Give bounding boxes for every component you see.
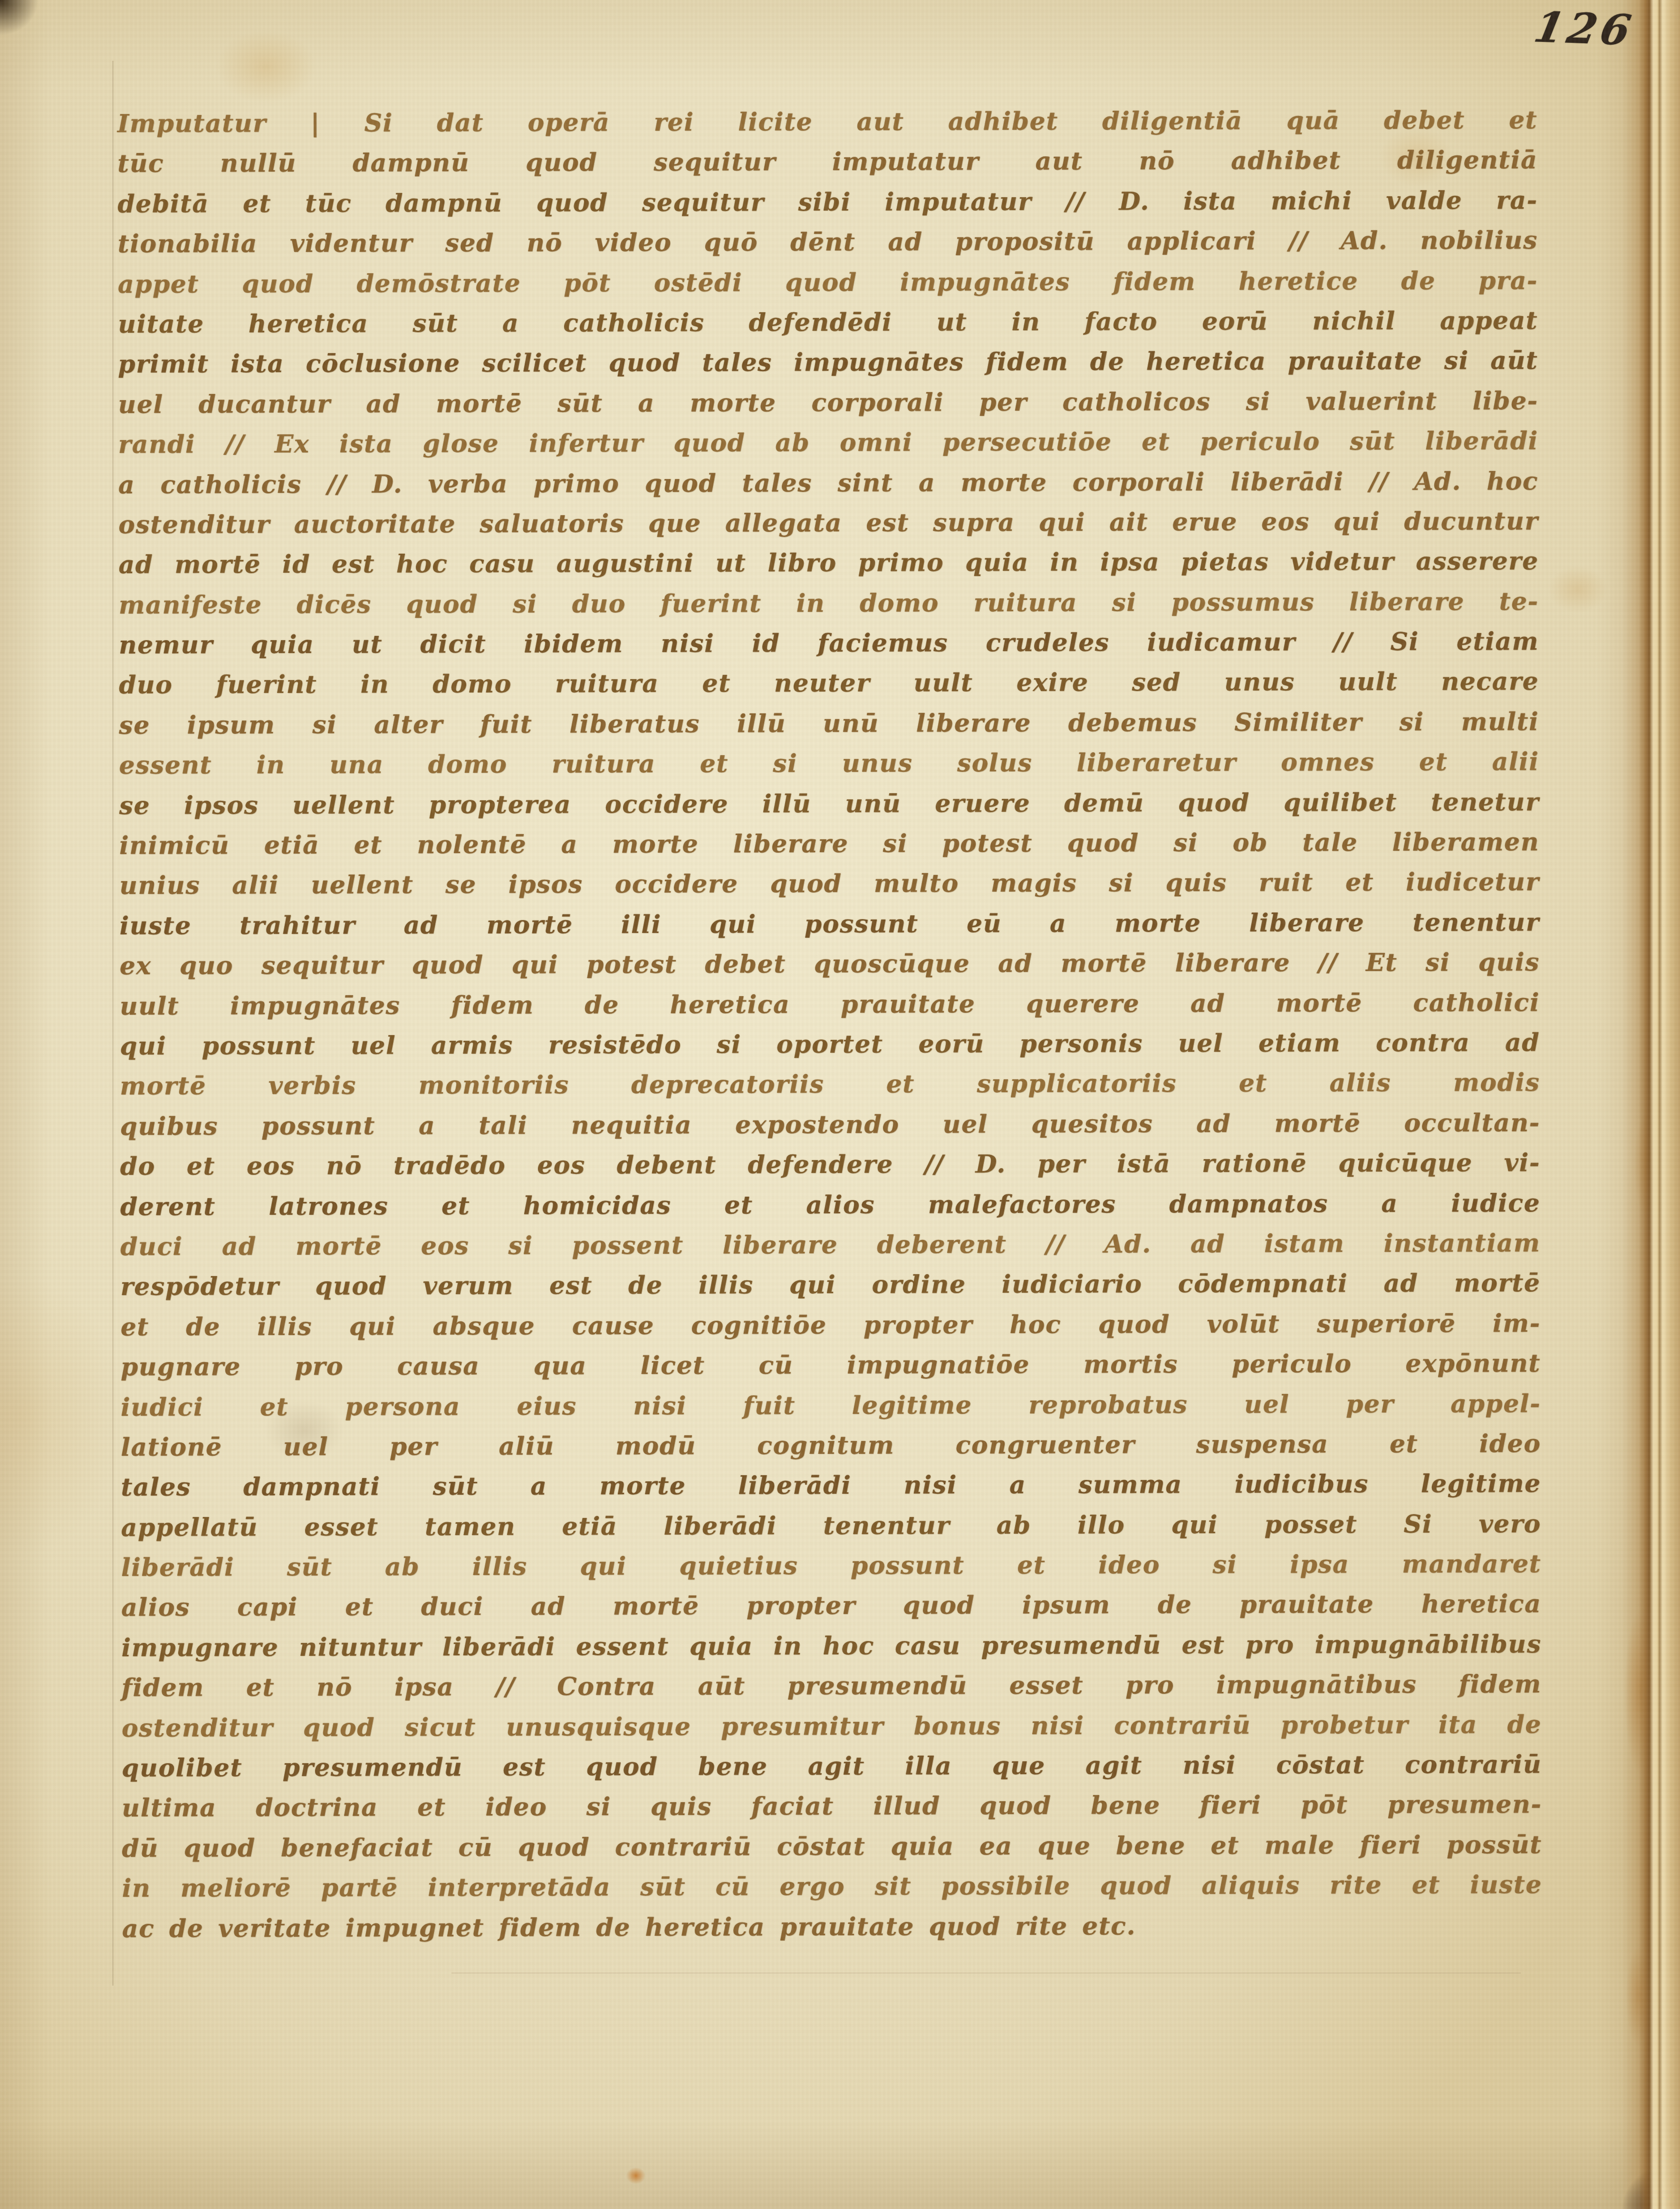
margin-ruling-line (112, 61, 114, 1986)
manuscript-text-line: fidem et nō ipsa // Contra aūt presumend… (122, 1670, 1542, 1713)
paper-crease (451, 1972, 1521, 1974)
manuscript-text-line: primit ista cōclusione scilicet quod tal… (118, 346, 1538, 390)
manuscript-text-line: randi // Ex ista glose infertur quod ab … (118, 426, 1538, 470)
manuscript-text-line: pugnare pro causa qua licet cū impugnati… (121, 1349, 1541, 1393)
book-fore-edge (1597, 0, 1680, 2209)
manuscript-text-line: unius alii uellent se ipsos occidere quo… (119, 868, 1539, 912)
manuscript-text-line: derent latrones et homicidas et alios ma… (120, 1189, 1540, 1232)
manuscript-text-line: uitate heretica sūt a catholicis defendē… (118, 306, 1538, 350)
manuscript-text-line: iudici et persona eius nisi fuit legitim… (121, 1389, 1541, 1433)
manuscript-text-line: mortē verbis monitoriis deprecatoriis et… (120, 1068, 1540, 1112)
manuscript-text-line: qui possunt uel armis resistēdo si oport… (120, 1028, 1540, 1072)
folio-number: 126 (1530, 2, 1639, 55)
manuscript-text-line: a catholicis // D. verba primo quod tale… (118, 467, 1538, 510)
manuscript-text-line: do et eos nō tradēdo eos debent defender… (120, 1148, 1540, 1192)
manuscript-text-line: ad mortē id est hoc casu augustini ut li… (118, 547, 1538, 590)
manuscript-text-line: appellatū esset tamen etiā liberādi tene… (121, 1509, 1541, 1553)
manuscript-text-line: in meliorē partē interpretāda sūt cū erg… (122, 1870, 1542, 1914)
manuscript-text-line: ostenditur auctoritate saluatoris que al… (118, 507, 1538, 550)
manuscript-text-line: lationē uel per aliū modū cognitum congr… (121, 1429, 1541, 1473)
manuscript-text-line: quibus possunt a tali nequitia expostend… (120, 1108, 1540, 1152)
manuscript-text-line: manifeste dicēs quod si duo fuerint in d… (119, 587, 1539, 631)
manuscript-text-line: se ipsos uellent propterea occidere illū… (119, 788, 1539, 831)
manuscript-text-line: impugnare nituntur liberādi essent quia … (121, 1630, 1541, 1673)
manuscript-text-line: essent in una domo ruitura et si unus so… (119, 747, 1539, 791)
manuscript-text-line: respōdetur quod verum est de illis qui o… (120, 1268, 1540, 1312)
manuscript-text-line: ac de veritate impugnet fidem de heretic… (122, 1911, 1542, 1954)
manuscript-text-line: liberādi sūt ab illis qui quietius possu… (121, 1549, 1541, 1593)
manuscript-text-line: appet quod demōstrate pōt ostēdi quod im… (118, 266, 1538, 310)
manuscript-text-line: tionabilia videntur sed nō video quō dēn… (118, 226, 1538, 269)
manuscript-text-line: nemur quia ut dicit ibidem nisi id facie… (119, 627, 1539, 671)
manuscript-text-line: tales dampnati sūt a morte liberādi nisi… (121, 1469, 1541, 1513)
manuscript-text-line: debitā et tūc dampnū quod sequitur sibi … (117, 186, 1537, 230)
manuscript-text-line: ultima doctrina et ideo si quis faciat i… (122, 1790, 1542, 1834)
manuscript-text-line: ostenditur quod sicut unusquisque presum… (122, 1710, 1542, 1754)
manuscript-text-line: ex quo sequitur quod qui potest debet qu… (120, 948, 1540, 991)
manuscript-text-block: Imputatur | Si dat operā rei licite aut … (117, 106, 1542, 1954)
manuscript-text-line: uel ducantur ad mortē sūt a morte corpor… (118, 386, 1538, 430)
manuscript-text-line: dū quod benefaciat cū quod contrariū cōs… (122, 1830, 1542, 1874)
manuscript-text-line: duci ad mortē eos si possent liberare de… (120, 1229, 1540, 1272)
manuscript-text-line: se ipsum si alter fuit liberatus illū un… (119, 707, 1539, 751)
manuscript-text-line: inimicū etiā et nolentē a morte liberare… (119, 827, 1539, 871)
manuscript-text-line: Imputatur | Si dat operā rei licite aut … (117, 106, 1537, 149)
manuscript-text-line: alios capi et duci ad mortē propter quod… (121, 1590, 1541, 1633)
manuscript-text-line: duo fuerint in domo ruitura et neuter uu… (119, 667, 1539, 711)
manuscript-page: 126 Imputatur | Si dat operā rei licite … (0, 0, 1680, 2209)
manuscript-text-line: uult impugnātes fidem de heretica prauit… (120, 988, 1540, 1032)
manuscript-text-line: tūc nullū dampnū quod sequitur imputatur… (117, 145, 1537, 189)
manuscript-text-line: iuste trahitur ad mortē illi qui possunt… (119, 908, 1539, 951)
manuscript-text-line: et de illis qui absque cause cognitiōe p… (121, 1309, 1541, 1353)
manuscript-text-line: quolibet presumendū est quod bene agit i… (122, 1750, 1542, 1794)
